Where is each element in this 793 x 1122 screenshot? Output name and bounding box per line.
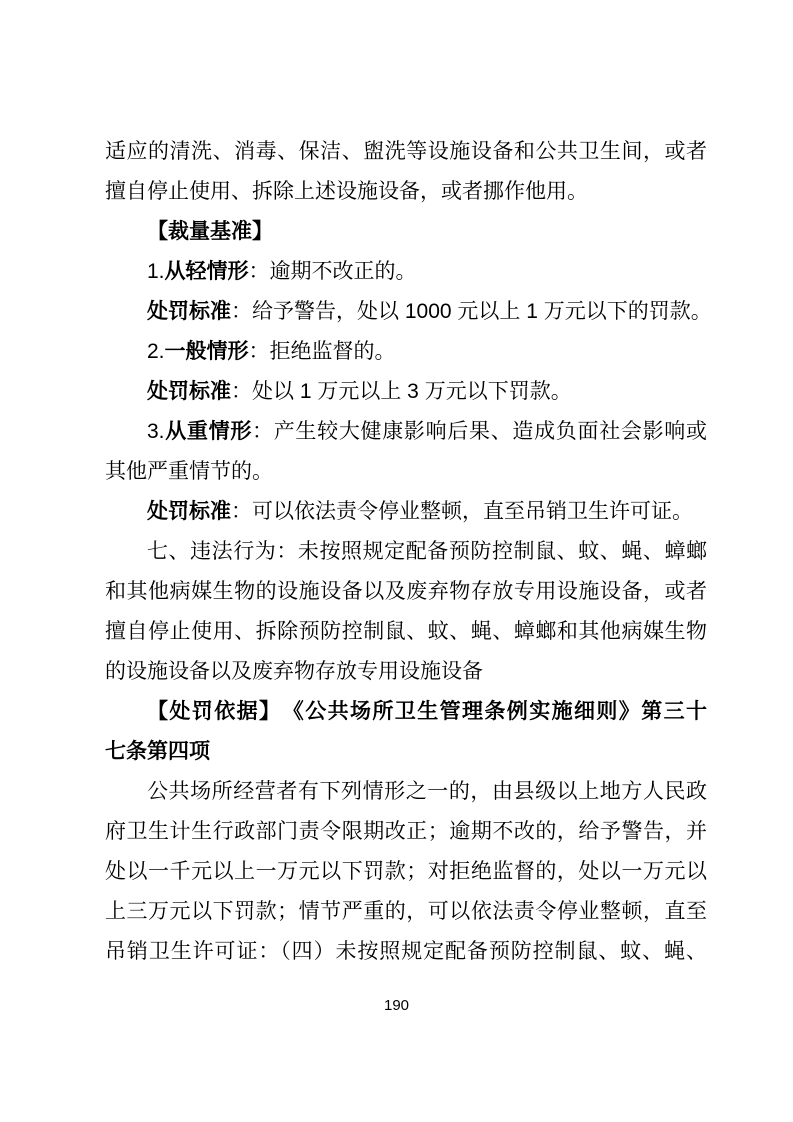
text-line: 公共场所经营者有下列情形之一的，由县级以上地方人民政 <box>105 772 707 812</box>
text-line: 擅自停止使用、拆除上述设施设备，或者挪作他用。 <box>105 172 707 212</box>
text-line: 和其他病媒生物的设施设备以及废弃物存放专用设施设备，或者 <box>105 572 707 612</box>
text-line: 处罚标准：给予警告，处以 1000 元以上 1 万元以下的罚款。 <box>105 292 707 332</box>
text-line: 七条第四项 <box>105 732 707 772</box>
text-run: ：逾期不改正的。 <box>249 260 417 283</box>
text-line: 七、违法行为：未按照规定配备预防控制鼠、蚊、蝇、蟑螂 <box>105 532 707 572</box>
paragraph: 处罚标准：可以依法责令停业整顿，直至吊销卫生许可证。 <box>105 492 707 532</box>
paragraph: 【处罚依据】 《公共场所卫生管理条例实施细则》第三十七条第四项 <box>105 692 707 772</box>
bold-text-run: 处罚标准 <box>147 380 231 403</box>
text-run: 公共场所经营者有下列情形之一的，由县级以上地方人民政 <box>147 780 707 803</box>
paragraph: 公共场所经营者有下列情形之一的，由县级以上地方人民政府卫生计生行政部门责令限期改… <box>105 772 707 972</box>
text-line: 处罚标准：可以依法责令停业整顿，直至吊销卫生许可证。 <box>105 492 707 532</box>
text-line: 其他严重情节的。 <box>105 452 707 492</box>
bold-text-run: 处罚标准 <box>147 300 231 323</box>
page-footer: 190 <box>0 997 793 1015</box>
text-line: 府卫生计生行政部门责令限期改正；逾期不改的，给予警告，并 <box>105 812 707 852</box>
text-line: 1.从轻情形：逾期不改正的。 <box>105 252 707 292</box>
text-line: 处以一千元以上一万元以下罚款；对拒绝监督的，处以一万元以 <box>105 852 707 892</box>
bold-text-run: 【处罚依据】 《公共场所卫生管理条例实施细则》第三十 <box>147 700 707 723</box>
paragraph: 处罚标准：给予警告，处以 1000 元以上 1 万元以下的罚款。 <box>105 292 707 332</box>
paragraph: 1.从轻情形：逾期不改正的。 <box>105 252 707 292</box>
text-run: 府卫生计生行政部门责令限期改正；逾期不改的，给予警告，并 <box>105 820 707 843</box>
paragraph: 适应的清洗、消毒、保洁、盥洗等设施设备和公共卫生间，或者擅自停止使用、拆除上述设… <box>105 132 707 212</box>
text-line: 上三万元以下罚款；情节严重的，可以依法责令停业整顿，直至 <box>105 892 707 932</box>
text-run: 1. <box>147 260 165 283</box>
text-line: 处罚标准：处以 1 万元以上 3 万元以下罚款。 <box>105 372 707 412</box>
paragraph: 处罚标准：处以 1 万元以上 3 万元以下罚款。 <box>105 372 707 412</box>
text-line: 【裁量基准】 <box>105 212 707 252</box>
text-run: 上三万元以下罚款；情节严重的，可以依法责令停业整顿，直至 <box>105 900 707 923</box>
text-run: ：给予警告，处以 1000 元以上 1 万元以下的罚款。 <box>231 300 712 323</box>
text-run: ：处以 1 万元以上 3 万元以下罚款。 <box>231 380 572 403</box>
paragraph: 2.一般情形：拒绝监督的。 <box>105 332 707 372</box>
text-line: 3.从重情形：产生较大健康影响后果、造成负面社会影响或 <box>105 412 707 452</box>
text-line: 2.一般情形：拒绝监督的。 <box>105 332 707 372</box>
bold-text-run: 【裁量基准】 <box>147 220 273 243</box>
bold-text-run: 从轻情形 <box>165 260 249 283</box>
text-run: 2. <box>147 340 165 363</box>
text-run: 七、违法行为：未按照规定配备预防控制鼠、蚊、蝇、蟑螂 <box>147 540 707 563</box>
bold-text-run: 一般情形 <box>165 340 249 363</box>
text-line: 的设施设备以及废弃物存放专用设施设备 <box>105 652 707 692</box>
bold-text-run: 从重情形 <box>165 420 253 443</box>
text-run: 处以一千元以上一万元以下罚款；对拒绝监督的，处以一万元以 <box>105 860 707 883</box>
text-run: 的设施设备以及废弃物存放专用设施设备 <box>105 660 483 683</box>
paragraph: 3.从重情形：产生较大健康影响后果、造成负面社会影响或其他严重情节的。 <box>105 412 707 492</box>
page-number: 190 <box>384 997 409 1014</box>
document-page: 适应的清洗、消毒、保洁、盥洗等设施设备和公共卫生间，或者擅自停止使用、拆除上述设… <box>0 0 793 1122</box>
text-run: 吊销卫生许可证：（四）未按照规定配备预防控制鼠、蚊、蝇、 <box>105 940 707 963</box>
paragraph: 七、违法行为：未按照规定配备预防控制鼠、蚊、蝇、蟑螂和其他病媒生物的设施设备以及… <box>105 532 707 692</box>
text-run: ：产生较大健康影响后果、造成负面社会影响或 <box>252 420 707 443</box>
text-run: ：拒绝监督的。 <box>249 340 396 363</box>
text-line: 适应的清洗、消毒、保洁、盥洗等设施设备和公共卫生间，或者 <box>105 132 707 172</box>
bold-text-run: 七条第四项 <box>105 740 210 763</box>
paragraph: 【裁量基准】 <box>105 212 707 252</box>
text-run: ：可以依法责令停业整顿，直至吊销卫生许可证。 <box>231 500 693 523</box>
bold-text-run: 处罚标准 <box>147 500 231 523</box>
text-run: 适应的清洗、消毒、保洁、盥洗等设施设备和公共卫生间，或者 <box>105 140 707 163</box>
text-line: 擅自停止使用、拆除预防控制鼠、蚊、蝇、蟑螂和其他病媒生物 <box>105 612 707 652</box>
text-line: 【处罚依据】 《公共场所卫生管理条例实施细则》第三十 <box>105 692 707 732</box>
document-content: 适应的清洗、消毒、保洁、盥洗等设施设备和公共卫生间，或者擅自停止使用、拆除上述设… <box>105 132 707 972</box>
text-run: 擅自停止使用、拆除上述设施设备，或者挪作他用。 <box>105 180 588 203</box>
text-run: 和其他病媒生物的设施设备以及废弃物存放专用设施设备，或者 <box>105 580 707 603</box>
text-run: 3. <box>147 420 165 443</box>
text-line: 吊销卫生许可证：（四）未按照规定配备预防控制鼠、蚊、蝇、 <box>105 932 707 972</box>
text-run: 其他严重情节的。 <box>105 460 273 483</box>
text-run: 擅自停止使用、拆除预防控制鼠、蚊、蝇、蟑螂和其他病媒生物 <box>105 620 707 643</box>
